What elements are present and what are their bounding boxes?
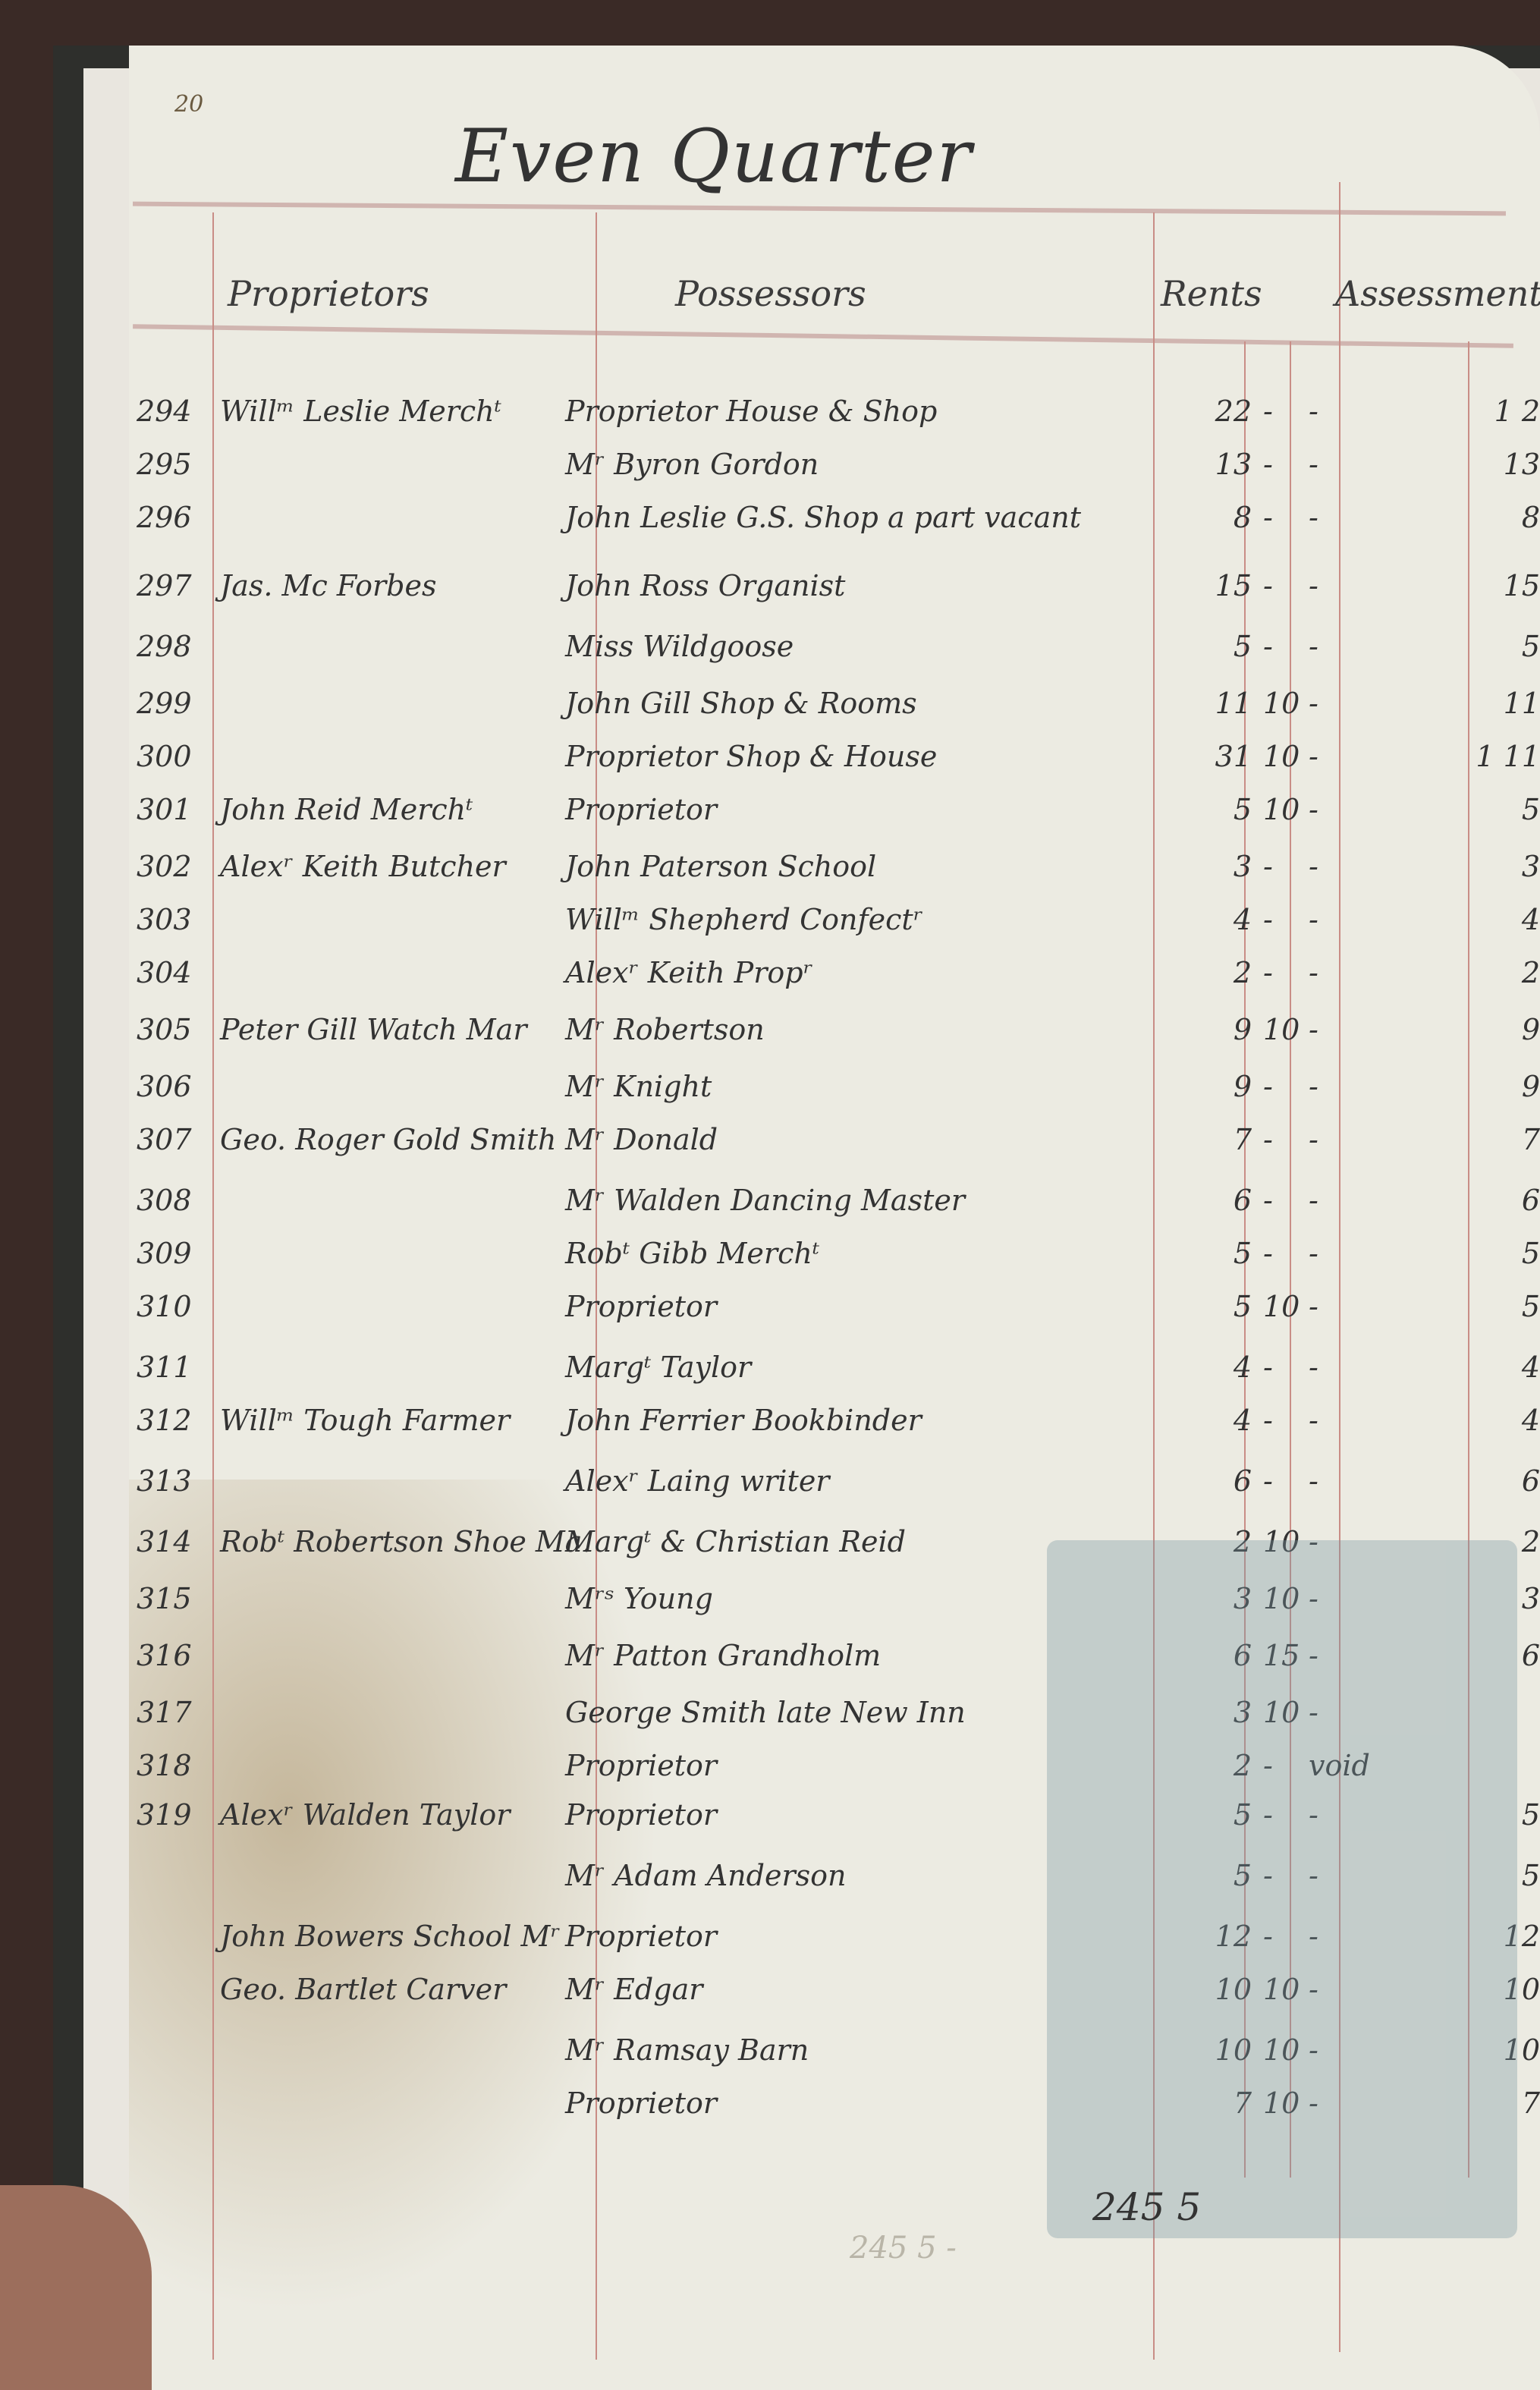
row-number: 316 (137, 1639, 192, 1672)
assessment-main: 3 (1449, 850, 1540, 883)
row-number: 305 (137, 1013, 192, 1046)
proprietor: Willᵐ Tough Farmer (220, 1404, 510, 1437)
possessor: Proprietor House & Shop (565, 395, 937, 428)
rent-shillings: 10 (1263, 1013, 1300, 1046)
ledger-row: 299John Gill Shop & Rooms1110-116 (129, 687, 1540, 740)
shadow (1047, 1540, 1517, 2238)
rent-shillings: 10 (1263, 687, 1300, 720)
rent-shillings: - (1263, 1351, 1273, 1384)
ledger-row: 305Peter Gill Watch MarMʳ Robertson910-9… (129, 1013, 1540, 1066)
assessment-main: 6 (1449, 1184, 1540, 1217)
rent-pence: - (1309, 956, 1318, 989)
assessment-main: 2 (1449, 956, 1540, 989)
rent-pence: - (1309, 1351, 1318, 1384)
possessor: John Ross Organist (565, 569, 845, 602)
rent-pence: - (1309, 850, 1318, 883)
proprietor: John Bowers School Mʳ (220, 1920, 561, 1953)
proprietor: Alexʳ Keith Butcher (220, 850, 506, 883)
possessor: John Gill Shop & Rooms (565, 687, 917, 720)
row-number: 298 (137, 630, 192, 663)
rent-pence: - (1309, 1404, 1318, 1437)
ledger-row: 311Margᵗ Taylor4--4- (129, 1351, 1540, 1404)
possessor: Mʳ Donald (565, 1123, 718, 1156)
row-number: 303 (137, 903, 192, 936)
row-number: 307 (137, 1123, 192, 1156)
possessor: John Leslie G.S. Shop a part vacant (565, 501, 1081, 534)
page-number: 20 (174, 91, 203, 118)
row-number: 310 (137, 1290, 192, 1323)
rent-pence: - (1309, 501, 1318, 534)
rent-shillings: 10 (1263, 1290, 1300, 1323)
page-title: Even Quarter (455, 114, 973, 199)
rent-shillings: - (1263, 569, 1273, 602)
assessment-main: 9 (1449, 1013, 1540, 1046)
possessor: Proprietor (565, 2087, 717, 2120)
rent-shillings: - (1263, 956, 1273, 989)
row-number: 299 (137, 687, 192, 720)
rent-shillings: 10 (1263, 740, 1300, 773)
assessment-main: 4 (1449, 1404, 1540, 1437)
rent-pounds: 13 (1191, 448, 1252, 481)
possessor: Proprietor (565, 1920, 717, 1953)
rent-pounds: 5 (1191, 1237, 1252, 1270)
rent-pounds: 5 (1191, 793, 1252, 826)
header-possessors: Possessors (675, 273, 866, 314)
rent-pounds: 4 (1191, 1404, 1252, 1437)
header-rents: Rents (1161, 273, 1262, 314)
row-number: 306 (137, 1070, 192, 1103)
rent-pence: - (1309, 630, 1318, 663)
proprietor: Geo. Bartlet Carver (220, 1973, 506, 2006)
rent-pence: - (1309, 903, 1318, 936)
possessor: Proprietor Shop & House (565, 740, 937, 773)
rent-pounds: 4 (1191, 903, 1252, 936)
ledger-row: 307Geo. Roger Gold SmithMʳ Donald7--7- (129, 1123, 1540, 1176)
ledger-row: 302Alexʳ Keith ButcherJohn Paterson Scho… (129, 850, 1540, 903)
row-number: 300 (137, 740, 192, 773)
ledger-row: 313Alexʳ Laing writer6--6- (129, 1464, 1540, 1517)
assessment-main: 11 (1449, 687, 1540, 720)
rent-pence: - (1309, 1237, 1318, 1270)
proprietor: Jas. Mc Forbes (220, 569, 436, 602)
assessment-main: 7 (1449, 1123, 1540, 1156)
possessor: Mʳ Adam Anderson (565, 1859, 846, 1892)
ledger-row: 306Mʳ Knight9--9- (129, 1070, 1540, 1123)
rent-pence: - (1309, 687, 1318, 720)
possessor: Mʳ Ramsay Barn (565, 2033, 809, 2067)
proprietor: John Reid Merchᵗ (220, 793, 473, 826)
possessor: Alexʳ Keith Propʳ (565, 956, 813, 989)
ledger-row: 301John Reid MerchᵗProprietor510-56 (129, 793, 1540, 846)
possessor: John Paterson School (565, 850, 876, 883)
proprietor: Robᵗ Robertson Shoe Ma. (220, 1525, 592, 1558)
row-number: 317 (137, 1696, 192, 1729)
row-number: 319 (137, 1798, 192, 1832)
assessment-main: 5 (1449, 1290, 1540, 1323)
rent-total: 245 5 (1092, 2185, 1201, 2229)
possessor: Mʳ Knight (565, 1070, 712, 1103)
ledger-row: 298Miss Wildgoose5--5 (129, 630, 1540, 683)
ledger-row: 297Jas. Mc ForbesJohn Ross Organist15--1… (129, 569, 1540, 622)
rent-pence: - (1309, 740, 1318, 773)
rent-shillings: - (1263, 395, 1273, 428)
possessor: Miss Wildgoose (565, 630, 794, 663)
rent-shillings: - (1263, 630, 1273, 663)
row-number: 311 (137, 1351, 192, 1384)
rent-shillings: 10 (1263, 793, 1300, 826)
rent-pence: - (1309, 1070, 1318, 1103)
row-number: 312 (137, 1404, 192, 1437)
rent-shillings: - (1263, 501, 1273, 534)
ledger-row: 300Proprietor Shop & House3110-1 116 (129, 740, 1540, 793)
rent-shillings: - (1263, 1184, 1273, 1217)
rent-shillings: - (1263, 448, 1273, 481)
row-number: 314 (137, 1525, 192, 1558)
rent-pence: - (1309, 1184, 1318, 1217)
rent-pounds: 11 (1191, 687, 1252, 720)
ledger-row: 312Willᵐ Tough FarmerJohn Ferrier Bookbi… (129, 1404, 1540, 1457)
row-number: 313 (137, 1464, 192, 1498)
rent-pounds: 2 (1191, 956, 1252, 989)
rent-pounds: 9 (1191, 1070, 1252, 1103)
assessment-main: 15 (1449, 569, 1540, 602)
row-number: 297 (137, 569, 192, 602)
row-number: 308 (137, 1184, 192, 1217)
pencil-total: 245 5 - (850, 2231, 957, 2266)
thumb (0, 2185, 152, 2390)
row-number: 304 (137, 956, 192, 989)
header-proprietors: Proprietors (228, 273, 429, 314)
possessor: Mʳ Edgar (565, 1973, 702, 2006)
rent-shillings: - (1263, 1123, 1273, 1156)
row-number: 318 (137, 1749, 192, 1782)
assessment-main: 4 (1449, 1351, 1540, 1384)
ledger-row: 304Alexʳ Keith Propʳ2--2- (129, 956, 1540, 1009)
rent-pounds: 7 (1191, 1123, 1252, 1156)
rent-pence: - (1309, 1464, 1318, 1498)
ledger-row: 310Proprietor510-56 (129, 1290, 1540, 1343)
rent-pence: - (1309, 793, 1318, 826)
ledger-row: 296John Leslie G.S. Shop a part vacant8-… (129, 501, 1540, 554)
rent-shillings: - (1263, 1464, 1273, 1498)
assessment-main: 1 2 (1449, 395, 1540, 428)
row-number: 315 (137, 1582, 192, 1615)
possessor: Robᵗ Gibb Merchᵗ (565, 1237, 819, 1270)
row-number: 294 (137, 395, 192, 428)
rent-pounds: 6 (1191, 1464, 1252, 1498)
ledger-row: 303Willᵐ Shepherd Confectʳ4--4- (129, 903, 1540, 956)
possessor: John Ferrier Bookbinder (565, 1404, 922, 1437)
row-number: 296 (137, 501, 192, 534)
assessment-main: 5 (1449, 630, 1540, 663)
rent-pence: - (1309, 448, 1318, 481)
rent-pence: - (1309, 1290, 1318, 1323)
rent-pounds: 8 (1191, 501, 1252, 534)
possessor: Mʳˢ Young (565, 1582, 713, 1615)
ledger-row: 295Mʳ Byron Gordon13--13 (129, 448, 1540, 501)
assessment-main: 6 (1449, 1464, 1540, 1498)
assessment-main: 4 (1449, 903, 1540, 936)
possessor: Proprietor (565, 1290, 717, 1323)
assessment-main: 13 (1449, 448, 1540, 481)
rent-pounds: 5 (1191, 1290, 1252, 1323)
rent-shillings: - (1263, 1237, 1273, 1270)
rent-pence: - (1309, 1123, 1318, 1156)
row-number: 295 (137, 448, 192, 481)
rent-pence: - (1309, 569, 1318, 602)
rent-shillings: - (1263, 1070, 1273, 1103)
proprietor: Geo. Roger Gold Smith (220, 1123, 557, 1156)
possessor: Proprietor (565, 1749, 717, 1782)
possessor: Margᵗ & Christian Reid (565, 1525, 906, 1558)
possessor: Mʳ Walden Dancing Master (565, 1184, 965, 1217)
ledger-row: 308Mʳ Walden Dancing Master6--6 (129, 1184, 1540, 1237)
assessment-main: 5 (1449, 793, 1540, 826)
proprietor: Alexʳ Walden Taylor (220, 1798, 510, 1832)
possessor: Proprietor (565, 1798, 717, 1832)
proprietor: Willᵐ Leslie Merchᵗ (220, 395, 501, 428)
possessor: Alexʳ Laing writer (565, 1464, 829, 1498)
row-number: 301 (137, 793, 192, 826)
possessor: Willᵐ Shepherd Confectʳ (565, 903, 923, 936)
rent-pence: - (1309, 395, 1318, 428)
rent-shillings: - (1263, 903, 1273, 936)
rent-shillings: - (1263, 850, 1273, 883)
rent-pounds: 22 (1191, 395, 1252, 428)
rent-pounds: 6 (1191, 1184, 1252, 1217)
rent-pounds: 31 (1191, 740, 1252, 773)
rent-pounds: 3 (1191, 850, 1252, 883)
possessor: George Smith late New Inn (565, 1696, 966, 1729)
ledger-row: 294Willᵐ Leslie MerchᵗProprietor House &… (129, 395, 1540, 448)
header-assessment: Assessment (1335, 273, 1540, 314)
assessment-main: 5 (1449, 1237, 1540, 1270)
proprietor: Peter Gill Watch Mar (220, 1013, 527, 1046)
rent-pounds: 5 (1191, 630, 1252, 663)
possessor: Mʳ Patton Grandholm (565, 1639, 881, 1672)
rent-shillings: - (1263, 1404, 1273, 1437)
assessment-main: 8 (1449, 501, 1540, 534)
rent-pounds: 4 (1191, 1351, 1252, 1384)
assessment-main: 9 (1449, 1070, 1540, 1103)
rent-pounds: 9 (1191, 1013, 1252, 1046)
possessor: Mʳ Robertson (565, 1013, 765, 1046)
possessor: Margᵗ Taylor (565, 1351, 751, 1384)
ledger-row: 309Robᵗ Gibb Merchᵗ5--5 (129, 1237, 1540, 1290)
rent-pence: - (1309, 1013, 1318, 1046)
possessor: Mʳ Byron Gordon (565, 448, 819, 481)
row-number: 309 (137, 1237, 192, 1270)
assessment-main: 1 11 (1449, 740, 1540, 773)
row-number: 302 (137, 850, 192, 883)
rent-pounds: 15 (1191, 569, 1252, 602)
possessor: Proprietor (565, 793, 717, 826)
